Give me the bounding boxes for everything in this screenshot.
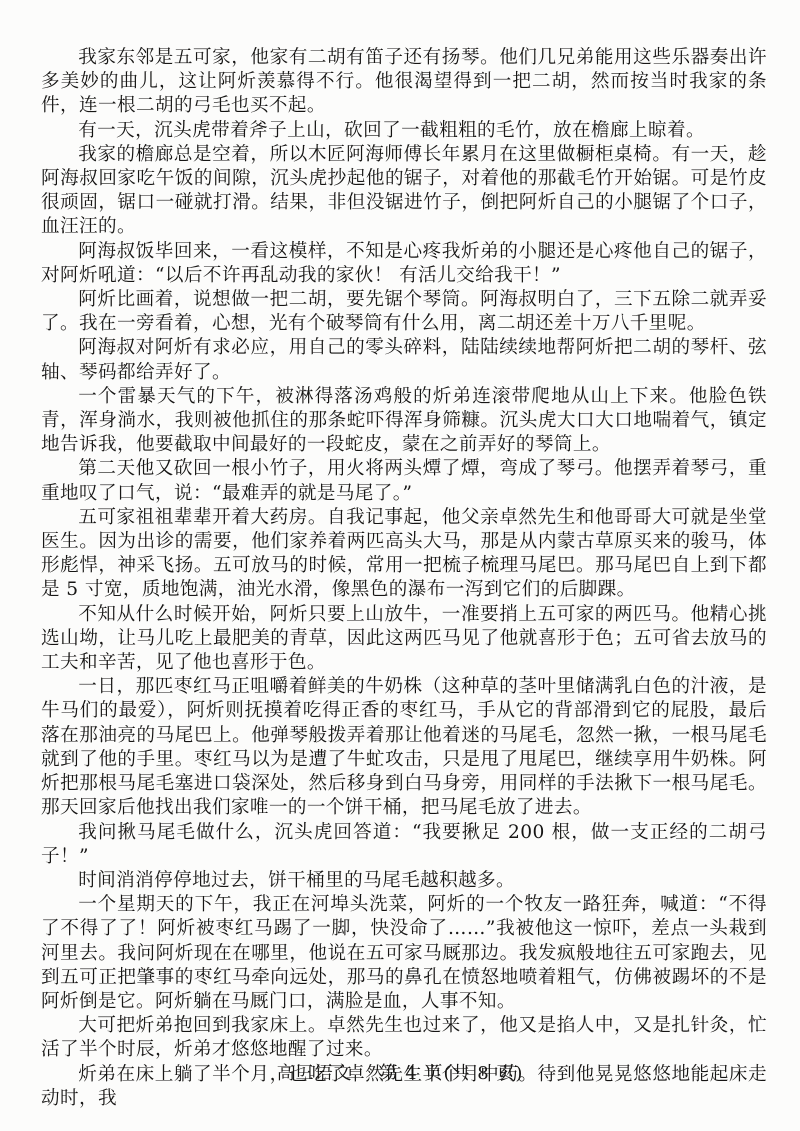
paragraph: 一个雷暴天气的下午，被淋得落汤鸡般的炘弟连滚带爬地从山上下来。他脸色铁青，浑身淌… xyxy=(41,385,767,458)
paragraph: 五可家祖祖辈辈开着大药房。自我记事起，他父亲卓然先生和他哥哥大可就是坐堂医生。因… xyxy=(41,506,767,603)
paragraph: 一个星期天的下午，我正在河埠头洗菜，阿炘的一个牧友一路狂奔，喊道：“不得了不得了… xyxy=(41,893,767,1014)
paragraph: 时间消消停停地过去，饼干桶里的马尾毛越积越多。 xyxy=(41,869,767,893)
paragraph: 第二天他又砍回一根小竹子，用火将两头燂了燂，弯成了琴弓。他摆弄着琴弓，重重地叹了… xyxy=(41,457,767,505)
story-text: 我家东邻是五可家，他家有二胡有笛子还有扬琴。他们几兄弟能用这些乐器奏出许多美妙的… xyxy=(41,46,767,1111)
paragraph: 我问揪马尾毛做什么，沉头虎回答道：“我要揪足 200 根，做一支正经的二胡弓子！… xyxy=(41,821,767,869)
paragraph: 一日，那匹枣红马正咀嚼着鲜美的牛奶株（这种草的茎叶里储满乳白色的汁液，是牛马们的… xyxy=(41,675,767,820)
paragraph: 阿海叔饭毕回来，一看这模样，不知是心疼我炘弟的小腿还是心疼他自己的锯子，对阿炘吼… xyxy=(41,240,767,288)
paragraph: 我家的檐廊总是空着，所以木匠阿海师傅长年累月在这里做橱柜桌椅。有一天，趁阿海叔回… xyxy=(41,143,767,240)
footer-subject: 高三语文 xyxy=(277,1063,353,1084)
paragraph: 有一天，沉头虎带着斧子上山，砍回了一截粗粗的毛竹，放在檐廊上晾着。 xyxy=(41,119,767,143)
paragraph: 阿海叔对阿炘有求必应，用自己的零头碎料，陆陆续续地帮阿炘把二胡的琴杆、弦轴、琴码… xyxy=(41,336,767,384)
paragraph: 我家东邻是五可家，他家有二胡有笛子还有扬琴。他们几兄弟能用这些乐器奏出许多美妙的… xyxy=(41,46,767,119)
footer-page-number: 第 4 页(共 8 页) xyxy=(380,1063,524,1084)
paragraph: 大可把炘弟抱回到我家床上。卓然先生也过来了，他又是掐人中，又是扎针灸，忙活了半个… xyxy=(41,1014,767,1062)
page-footer: 高三语文第 4 页(共 8 页) xyxy=(0,1059,800,1085)
paragraph: 阿炘比画着，说想做一把二胡，要先锯个琴筒。阿海叔明白了，三下五除二就弄妥了。我在… xyxy=(41,288,767,336)
scanned-exam-page: 我家东邻是五可家，他家有二胡有笛子还有扬琴。他们几兄弟能用这些乐器奏出许多美妙的… xyxy=(0,0,800,1131)
paragraph: 不知从什么时候开始，阿炘只要上山放牛，一准要捎上五可家的两匹马。他精心挑选山坳，… xyxy=(41,603,767,676)
